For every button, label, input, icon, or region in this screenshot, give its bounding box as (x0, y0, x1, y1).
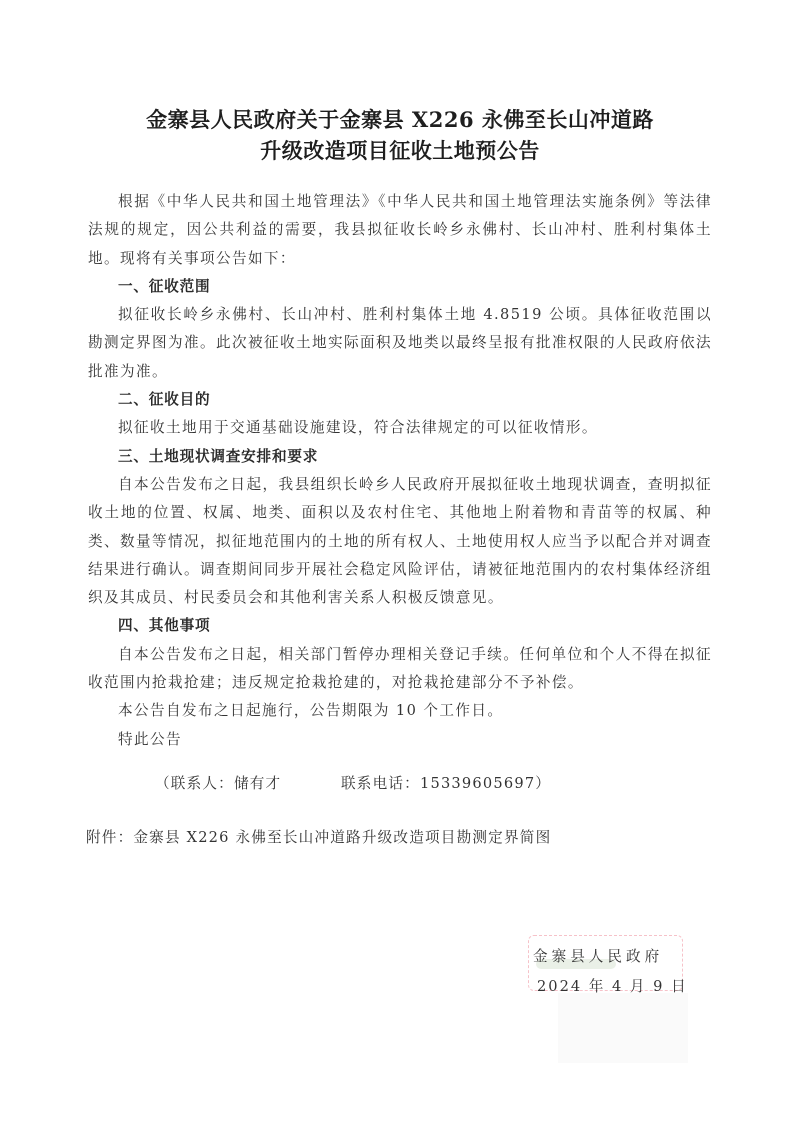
signature-block: 金寨县人民政府 2024 年 4 月 9 日 (533, 942, 668, 1002)
section-paragraph-scope: 拟征收长岭乡永佛村、长山冲村、胜利村集体土地 4.8519 公顷。具体征收范围以… (88, 301, 712, 386)
seal-ghost-mark (558, 993, 688, 1063)
section-paragraph-survey: 自本公告发布之日起，我县组织长岭乡人民政府开展拟征收土地现状调查，查明拟征收土地… (88, 471, 712, 612)
contact-line: （联系人：储有才 联系电话：15339605697） (155, 772, 281, 796)
section-heading-purpose: 二、征收目的 (88, 386, 712, 414)
document-body: 根据《中华人民共和国土地管理法》《中华人民共和国土地管理法实施条例》等法律法规的… (88, 188, 712, 754)
section-heading-scope: 一、征收范围 (88, 273, 712, 301)
title-line-1: 金寨县人民政府关于金寨县 X226 永佛至长山冲道路 (0, 104, 800, 135)
intro-paragraph: 根据《中华人民共和国土地管理法》《中华人民共和国土地管理法实施条例》等法律法规的… (88, 188, 712, 273)
title-line-2: 升级改造项目征收土地预公告 (0, 135, 800, 166)
section-heading-survey: 三、土地现状调查安排和要求 (88, 443, 712, 471)
contact-person: （联系人：储有才 (155, 775, 281, 792)
section-paragraph-other-3: 特此公告 (88, 726, 712, 754)
document-title: 金寨县人民政府关于金寨县 X226 永佛至长山冲道路 升级改造项目征收土地预公告 (0, 104, 800, 166)
signature-date: 2024 年 4 月 9 日 (533, 972, 668, 1002)
section-paragraph-purpose: 拟征收土地用于交通基础设施建设，符合法律规定的可以征收情形。 (88, 414, 712, 442)
section-paragraph-other-1: 自本公告发布之日起，相关部门暂停办理相关登记手续。任何单位和个人不得在拟征收范围… (88, 641, 712, 698)
signature-organization: 金寨县人民政府 (533, 942, 668, 972)
contact-phone: 联系电话：15339605697） (341, 772, 551, 796)
document-page: 金寨县人民政府关于金寨县 X226 永佛至长山冲道路 升级改造项目征收土地预公告… (0, 0, 800, 1131)
section-heading-other: 四、其他事项 (88, 612, 712, 640)
section-paragraph-other-2: 本公告自发布之日起施行，公告期限为 10 个工作日。 (88, 697, 712, 725)
attachment-line: 附件：金寨县 X226 永佛至长山冲道路升级改造项目勘测定界简图 (86, 826, 551, 850)
